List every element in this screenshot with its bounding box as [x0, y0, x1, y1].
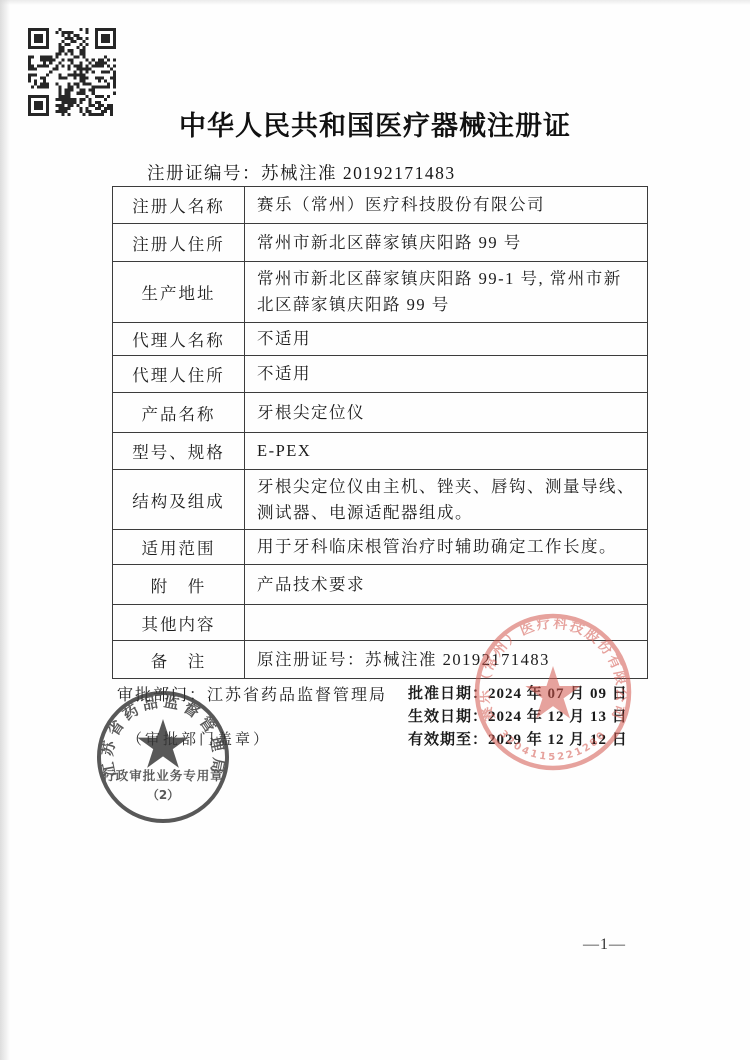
- table-row: 型号、规格E-PEX: [113, 433, 647, 470]
- field-label: 附 件: [113, 565, 245, 604]
- table-row: 注册人名称赛乐（常州）医疗科技股份有限公司: [113, 187, 647, 224]
- authority-stamp-title: 行政审批业务专用章: [102, 768, 224, 783]
- registration-number: 注册证编号：苏械注准 20192171483: [147, 160, 456, 185]
- field-label: 结构及组成: [113, 470, 245, 529]
- date-value: 2029 年 12 月 12 日: [488, 732, 628, 748]
- field-label: 代理人住所: [113, 356, 245, 392]
- field-label: 型号、规格: [113, 433, 245, 469]
- page-title: 中华人民共和国医疗器械注册证: [0, 104, 750, 143]
- approval-authority-value: 江苏省药品监督管理局: [207, 687, 387, 704]
- approval-date-line: 有效期至：2029 年 12 月 12 日: [408, 729, 628, 752]
- date-value: 2024 年 07 月 09 日: [488, 686, 628, 702]
- field-value: 常州市新北区薛家镇庆阳路 99 号: [245, 224, 647, 261]
- page-number: —1—: [583, 936, 626, 954]
- table-row: 代理人名称不适用: [113, 323, 647, 356]
- field-value: 赛乐（常州）医疗科技股份有限公司: [245, 187, 647, 223]
- table-row: 生产地址常州市新北区薛家镇庆阳路 99-1 号, 常州市新北区薛家镇庆阳路 99…: [113, 262, 647, 323]
- certificate-page: 中华人民共和国医疗器械注册证 注册证编号：苏械注准 20192171483 注册…: [0, 0, 750, 1060]
- field-value: E-PEX: [245, 433, 647, 469]
- field-value: 牙根尖定位仪由主机、锉夹、唇钩、测量导线、测试器、电源适配器组成。: [245, 470, 647, 529]
- registration-number-label: 注册证编号：: [147, 163, 261, 183]
- table-row: 代理人住所不适用: [113, 356, 647, 393]
- field-label: 适用范围: [113, 530, 245, 564]
- table-row: 适用范围用于牙科临床根管治疗时辅助确定工作长度。: [113, 530, 647, 565]
- field-value: 不适用: [245, 356, 647, 392]
- qr-code-icon: [28, 28, 116, 116]
- table-row: 附 件产品技术要求: [113, 565, 647, 605]
- stamp-placeholder-text: （审批部门盖章）: [127, 728, 271, 749]
- field-value: 用于牙科临床根管治疗时辅助确定工作长度。: [245, 530, 647, 564]
- certificate-table: 注册人名称赛乐（常州）医疗科技股份有限公司注册人住所常州市新北区薛家镇庆阳路 9…: [112, 186, 648, 679]
- table-row: 其他内容: [113, 605, 647, 641]
- field-label: 生产地址: [113, 262, 245, 322]
- authority-stamp-group: 江苏省药品监督管理局 行政审批业务专用章 （2）: [98, 692, 227, 821]
- table-row: 备 注原注册证号：苏械注准 20192171483: [113, 641, 647, 678]
- field-value: 不适用: [245, 323, 647, 355]
- table-row: 产品名称牙根尖定位仪: [113, 393, 647, 433]
- approval-date-line: 生效日期：2024 年 12 月 13 日: [408, 706, 628, 729]
- approval-authority-label: 审批部门：: [117, 687, 207, 704]
- field-label: 注册人住所: [113, 224, 245, 261]
- approval-authority-line: 审批部门：江苏省药品监督管理局: [117, 682, 387, 705]
- date-label: 有效期至：: [408, 732, 488, 748]
- dates-block: 批准日期：2024 年 07 月 09 日生效日期：2024 年 12 月 13…: [408, 683, 628, 752]
- date-label: 批准日期：: [408, 686, 488, 702]
- scan-edge-shadow-top: [0, 0, 750, 5]
- table-row: 结构及组成牙根尖定位仪由主机、锉夹、唇钩、测量导线、测试器、电源适配器组成。: [113, 470, 647, 530]
- field-label: 注册人名称: [113, 187, 245, 223]
- authority-stamp-number: （2）: [147, 787, 179, 802]
- field-label: 备 注: [113, 641, 245, 678]
- date-value: 2024 年 12 月 13 日: [488, 709, 628, 725]
- field-value: 原注册证号：苏械注准 20192171483: [245, 641, 647, 678]
- approval-date-line: 批准日期：2024 年 07 月 09 日: [408, 683, 628, 706]
- field-value: [245, 605, 647, 640]
- field-value: 产品技术要求: [245, 565, 647, 604]
- table-row: 注册人住所常州市新北区薛家镇庆阳路 99 号: [113, 224, 647, 262]
- field-label: 产品名称: [113, 393, 245, 432]
- field-label: 其他内容: [113, 605, 245, 640]
- field-value: 牙根尖定位仪: [245, 393, 647, 432]
- field-label: 代理人名称: [113, 323, 245, 355]
- registration-number-value: 苏械注准 20192171483: [261, 163, 456, 183]
- scan-edge-shadow: [0, 0, 10, 1060]
- authority-stamp-ring: [99, 693, 227, 821]
- field-value: 常州市新北区薛家镇庆阳路 99-1 号, 常州市新北区薛家镇庆阳路 99 号: [245, 262, 647, 322]
- date-label: 生效日期：: [408, 709, 488, 725]
